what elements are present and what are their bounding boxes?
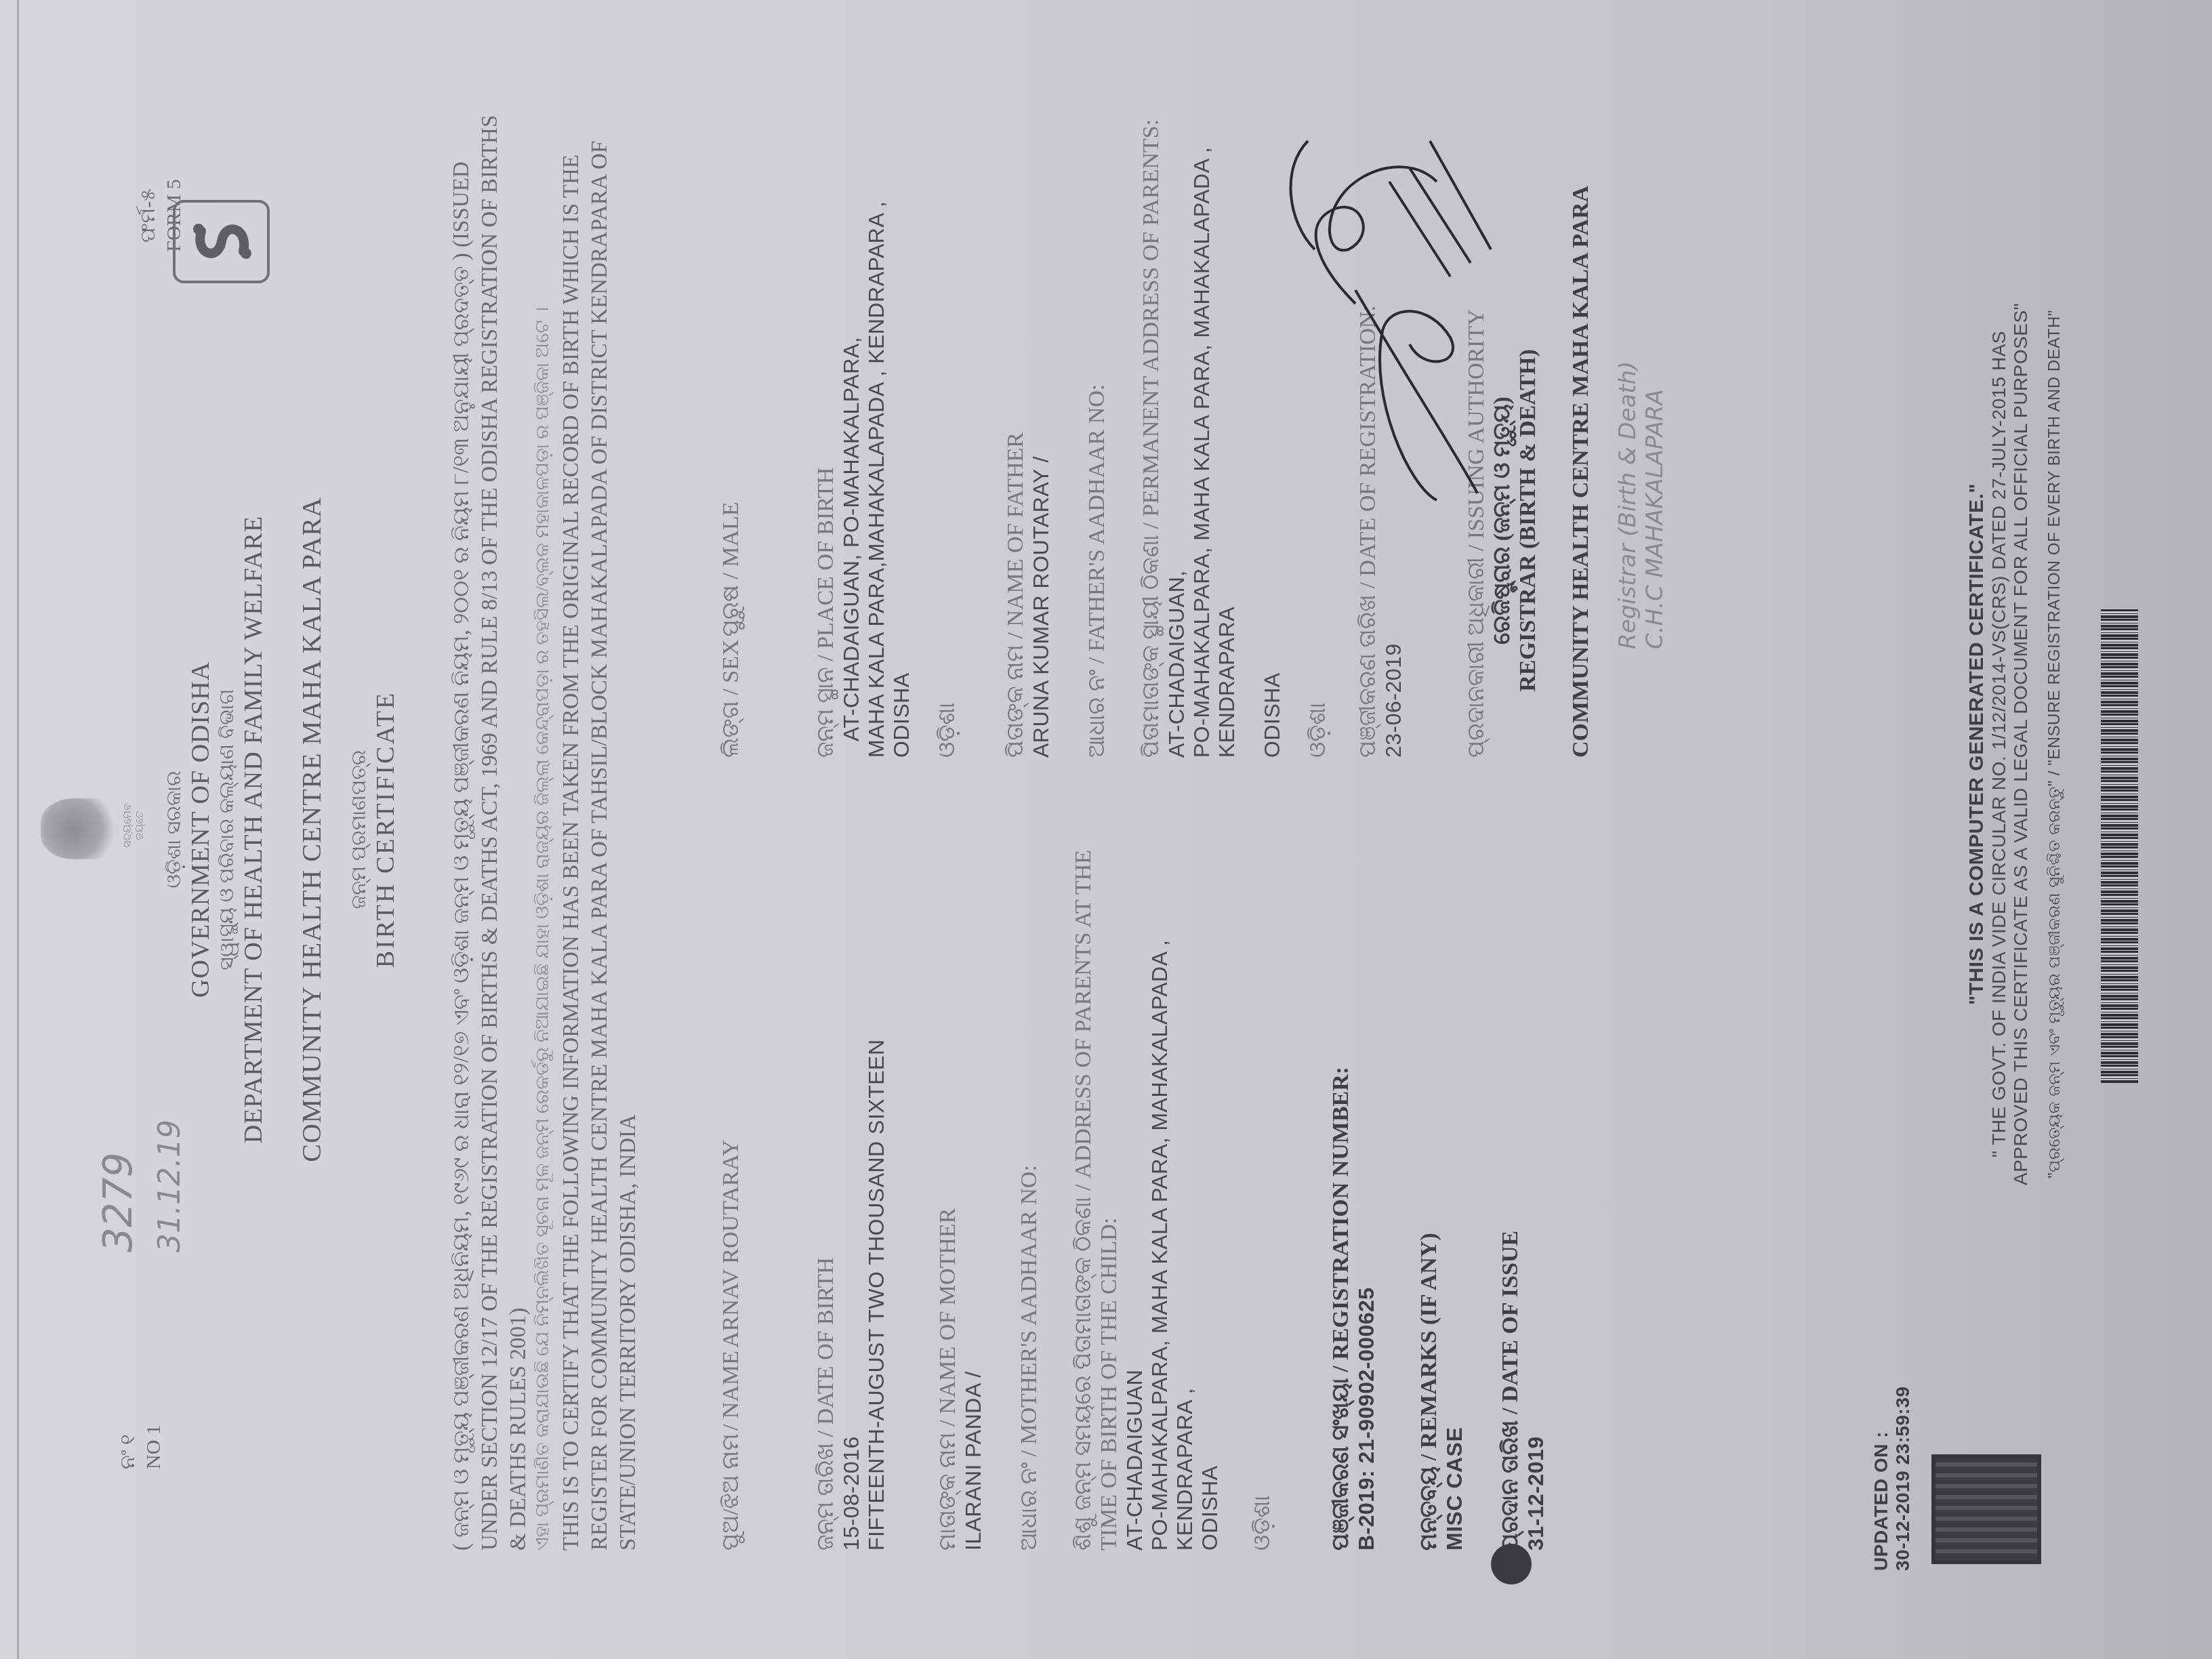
field-address-at-birth: ଶିଶୁ ଜନ୍ମ ସମୟରେ ପିତାମାତାଙ୍କ ଠିକଣା / ADDR… [1071,839,1275,1551]
certify-text: THIS IS TO CERTIFY THAT THE FOLLOWING IN… [557,100,642,1551]
pob-line1: AT-CHADAIGUAN, PO-MAHAKALPARA, [839,80,864,758]
perm-address-line1: AT-CHADAIGUAN, [1164,46,1189,758]
issue-date-label: DATE OF ISSUE [1498,1231,1523,1402]
govt-circular-line1: " THE GOVT. OF INDIA VIDE CIRCULAR NO. 1… [1988,168,2010,1320]
dob-label-odia: ଜନ୍ମ ତାରିଖ [813,1443,838,1551]
handwritten-serial: 3279 [95,1152,141,1252]
father-value: ARUNA KUMAR ROUTARAY / [1029,80,1054,758]
ensure-registration-odia: "ପ୍ରତ୍ୟେକ ଜନ୍ମ ଏବଂ ମୃତ୍ୟୁର ପଞ୍ଜୀକରଣ ସୁନି… [2045,780,2064,1179]
field-mother: ମାତାଙ୍କ ନାମ / NAME OF MOTHER ILARANI PAN… [935,873,986,1551]
mother-aadhaar-label-odia: ଆଧାର ନଂ [1017,1462,1042,1551]
footer-notice: "THIS IS A COMPUTER GENERATED CERTIFICAT… [1965,168,2064,1320]
sex-value: MALE [718,501,743,567]
pob-odia: ଓଡ଼ିଶା [935,80,960,758]
sex-value-odia: ପୁରୁଷ [718,585,743,636]
dob-value: 15-08-2016 [839,873,864,1551]
form-number-odia: ଫର୍ମ-୫ [136,175,161,256]
sex-label: SEX [718,639,743,682]
reg-no-value: B-2019: 21-90902-000625 [1354,873,1379,1551]
father-aadhaar-label: FATHER'S AADHAAR NO: [1084,384,1109,652]
father-label: NAME OF FATHER [1003,432,1028,627]
field-name: ପୁଅ/ଝିଅ ନାମ / NAME ARNAV ROUTARAY [718,873,744,1551]
centre-title: COMMUNITY HEALTH CENTRE MAHA KALA PARA [295,0,327,1659]
reg-no-label-odia: ପଞ୍ଜୀକରଣ ସଂଖ୍ୟା [1328,1378,1353,1551]
field-issue-date: ପ୍ରଦାନ ତାରିଖ / DATE OF ISSUE 31-12-2019 [1498,873,1549,1551]
registrar-signature [1274,100,1559,507]
mother-value: ILARANI PANDA / [961,873,986,1551]
crs-logo-icon [188,215,255,269]
mother-label-odia: ମାତାଙ୍କ ନାମ [935,1432,960,1551]
pob-line3: ODISHA [889,80,914,758]
computer-generated-notice: "THIS IS A COMPUTER GENERATED CERTIFICAT… [1965,168,1988,1320]
field-father-aadhaar: ଆଧାର ନଂ / FATHER'S AADHAAR NO: [1084,80,1110,758]
authority-label-odia: ପ୍ରଦାନକାରୀ ଅଧିକାରୀ [1464,557,1489,758]
number-odia: ନଂ ୧ [115,1425,141,1469]
perm-address-line2: PO-MAHAKALPARA, MAHA KALA PARA, MAHAKALA… [1189,46,1240,758]
pob-label-odia: ଜନ୍ମ ସ୍ଥାନ [813,667,838,758]
field-place-of-birth: ଜନ୍ମ ସ୍ଥାନ / PLACE OF BIRTH AT-CHADAIGUA… [813,80,960,758]
address-birth-line2: PO-MAHAKALPARA, MAHA KALA PARA, MAHAKALA… [1147,839,1197,1551]
state-emblem: ସତ୍ୟମେବ ଜୟତେ [41,792,146,859]
govt-circular-line2: APPROVED THIS CERTIFICATE AS A VALID LEG… [2010,168,2032,1320]
certify-odia: ଏହା ପ୍ରମାଣିତ କରାଯାଉଛି ଯେ ନିମ୍ନଲିଖିତ ସୂଚନ… [529,100,557,1551]
address-birth-line1: AT-CHADAIGUAN [1122,839,1147,1551]
name-label: NAME [718,1351,743,1418]
ensure-registration-notice: "ENSURE REGISTRATION OF EVERY BIRTH AND … [2045,310,2064,766]
father-label-odia: ପିତାଙ୍କ ନାମ [1003,644,1028,758]
certificate-number: ନଂ ୧ NO 1 [115,1425,167,1469]
field-father: ପିତାଙ୍କ ନାମ / NAME OF FATHER ARUNA KUMAR… [1003,80,1054,758]
barcode [2101,609,2138,1083]
perm-address-label-odia: ପିତାମାତାଙ୍କ ସ୍ଥାୟୀ ଠିକଣା [1139,535,1164,758]
registrar-stamp-line2: C.H.C MAHAKALAPARA [1641,46,1668,649]
sex-label-odia: ଲିଙ୍ଗ [718,701,743,758]
field-mother-aadhaar: ଆଧାର ନଂ / MOTHER'S AADHAAR NO: [1017,873,1042,1551]
remarks-value: MISC CASE [1442,873,1467,1551]
field-sex: ଲିଙ୍ଗ / SEX ପୁରୁଷ / MALE [718,80,744,758]
qr-code [1931,1454,2041,1564]
pob-line2: MAHA KALA PARA,MAHAKALAPADA , KENDRAPARA… [864,80,889,758]
punch-hole-icon [1491,1544,1532,1584]
dob-label: DATE OF BIRTH [813,1257,838,1425]
registrar-stamp-line1: Registrar (Birth & Death) [1614,46,1641,649]
field-remarks: ମନ୍ତବ୍ୟ / REMARKS (IF ANY) MISC CASE [1416,873,1467,1551]
issuing-office: COMMUNITY HEALTH CENTRE MAHA KALA PARA [1568,46,1594,758]
name-value: ARNAV ROUTARAY [718,1140,743,1348]
emblem-caption: ସତ୍ୟମେବ ଜୟତେ [122,792,146,859]
issued-under-odia: ( ଜନ୍ମ ଓ ମୃତ୍ୟୁ ପଞ୍ଜୀକରଣ ଅଧିନିୟମ, ୧୯୬୯ ର… [449,253,474,1551]
issue-date-value: 31-12-2019 [1523,873,1549,1551]
certificate-title: BIRTH CERTIFICATE [371,0,401,1659]
name-label-odia: ପୁଅ/ଝିଅ ନାମ [718,1433,743,1551]
perm-address-label: PERMANENT ADDRESS OF PARENTS: [1139,119,1164,517]
birth-certificate-page: 3279 31.12.19 ନଂ ୧ NO 1 ସତ୍ୟମେବ ଜୟତେ ଓଡ଼… [0,0,2212,1659]
address-birth-odia: ଓଡ଼ିଶା [1250,839,1275,1551]
field-registration-number: ପଞ୍ଜୀକରଣ ସଂଖ୍ୟା / REGISTRATION NUMBER: B… [1328,873,1379,1551]
remarks-label-odia: ମନ୍ତବ୍ୟ [1416,1467,1441,1551]
mother-label: NAME OF MOTHER [935,1208,960,1414]
dob-words-value: FIFTEENTH-AUGUST TWO THOUSAND SIXTEEN [864,873,889,1551]
pob-label: PLACE OF BIRTH [813,468,838,649]
address-birth-label-odia: ଶିଶୁ ଜନ୍ମ ସମୟରେ ପିତାମାତାଙ୍କ ଠିକଣା [1071,1196,1096,1551]
father-aadhaar-label-odia: ଆଧାର ନଂ [1084,670,1109,758]
mother-aadhaar-label: MOTHER'S AADHAAR NO: [1017,1165,1042,1444]
certify-paragraph: ଏହା ପ୍ରମାଣିତ କରାଯାଉଛି ଯେ ନିମ୍ନଲିଖିତ ସୂଚନ… [529,100,642,1551]
remarks-label: REMARKS (IF ANY) [1416,1233,1441,1448]
ashoka-emblem-icon [41,798,122,859]
certificate-title-odia: ଜନ୍ମ ପ୍ରମାଣପତ୍ର [348,0,371,1659]
issued-under-paragraph: ( ଜନ୍ମ ଓ ମୃତ୍ୟୁ ପଞ୍ଜୀକରଣ ଅଧିନିୟମ, ୧୯୬୯ ର… [447,100,533,1551]
updated-on: UPDATED ON : 30-12-2019 23:59:39 [1870,1386,1914,1571]
reg-no-label: REGISTRATION NUMBER: [1328,1067,1353,1360]
updated-on-value: 30-12-2019 23:59:39 [1892,1386,1914,1571]
reg-date-label-odia: ପଞ୍ଜୀକରଣ ତାରିଖ [1355,594,1380,758]
updated-on-label: UPDATED ON : [1870,1386,1892,1571]
crs-logo [173,200,270,283]
issue-date-label-odia: ପ୍ରଦାନ ତାରିଖ [1498,1420,1523,1551]
address-birth-line3: ODISHA [1197,839,1223,1551]
field-dob: ଜନ୍ମ ତାରିଖ / DATE OF BIRTH 15-08-2016 FI… [813,873,889,1551]
